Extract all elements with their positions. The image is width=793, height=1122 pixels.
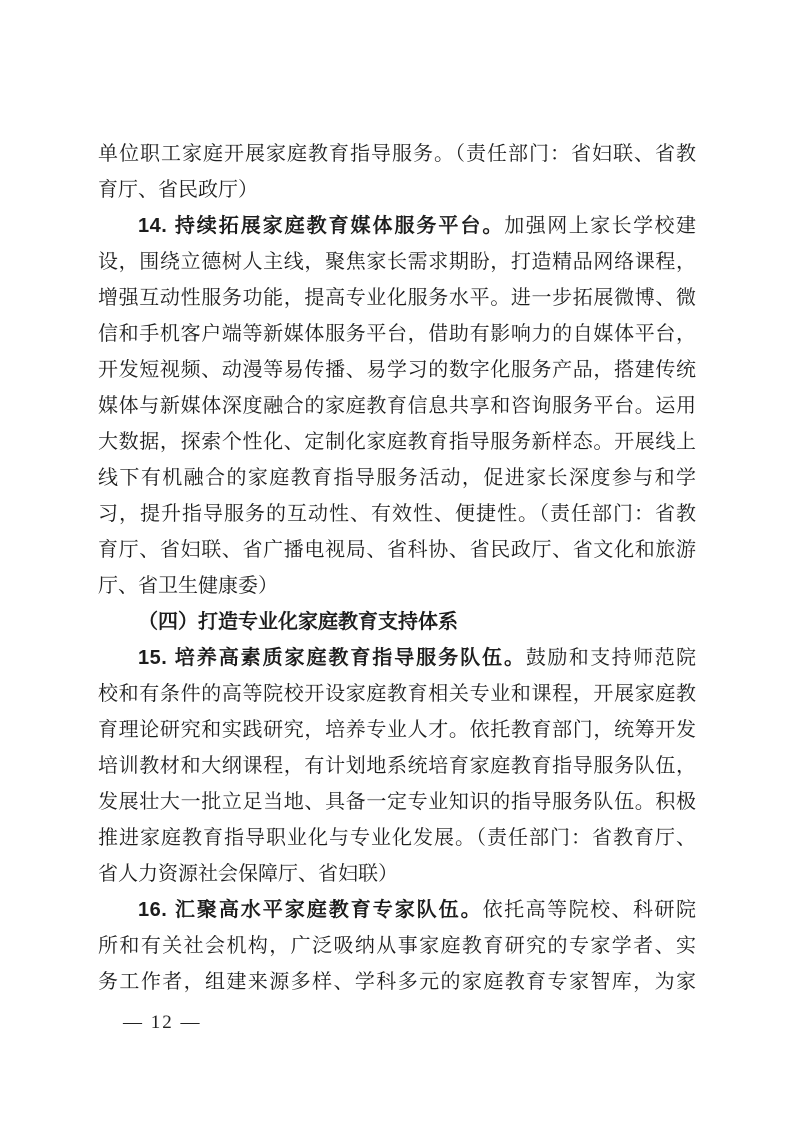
text-run: （四）打造专业化家庭教育支持体系: [138, 611, 458, 633]
text-run: 大数据，探索个性化、定制化家庭教育指导服务新样态。开展线上: [98, 431, 696, 453]
text-run: 鼓励和支持师范院: [526, 647, 696, 669]
text-line: 线下有机融合的家庭教育指导服务活动，促进家长深度参与和学: [98, 460, 696, 496]
text-line: 校和有条件的高等院校开设家庭教育相关专业和课程，开展家庭教: [98, 676, 696, 712]
text-run: 推进家庭教育指导职业化与专业化发展。（责任部门：省教育厅、: [98, 827, 696, 849]
text-line: 信和手机客户端等新媒体服务平台，借助有影响力的自媒体平台，: [98, 316, 696, 352]
text-line: 省人力资源社会保障厅、省妇联）: [98, 856, 696, 892]
text-run: 设，围绕立德树人主线，聚焦家长需求期盼，打造精品网络课程，: [98, 251, 696, 273]
text-run: 育理论研究和实践研究，培养专业人才。依托教育部门，统筹开发: [98, 719, 696, 741]
text-run: 习，提升指导服务的互动性、有效性、便捷性。（责任部门：省教: [98, 503, 696, 525]
text-line: 习，提升指导服务的互动性、有效性、便捷性。（责任部门：省教: [98, 496, 696, 532]
text-run: 育厅、省妇联、省广播电视局、省科协、省民政厅、省文化和旅游: [98, 539, 696, 561]
text-line: 所和有关社会机构，广泛吸纳从事家庭教育研究的专家学者、实: [98, 928, 696, 964]
text-line: 育理论研究和实践研究，培养专业人才。依托教育部门，统筹开发: [98, 712, 696, 748]
text-run: 加强网上家长学校建: [504, 215, 696, 237]
text-run: 培训教材和大纲课程，有计划地系统培育家庭教育指导服务队伍，: [98, 755, 696, 777]
text-line: （四）打造专业化家庭教育支持体系: [98, 604, 696, 640]
document-body: 单位职工家庭开展家庭教育指导服务。（责任部门：省妇联、省教育厅、省民政厅）14.…: [98, 136, 696, 1000]
text-line: 培训教材和大纲课程，有计划地系统培育家庭教育指导服务队伍，: [98, 748, 696, 784]
bold-lead-run: 15. 培养高素质家庭教育指导服务队伍。: [138, 647, 526, 669]
text-run: 增强互动性服务功能，提高专业化服务水平。进一步拓展微博、微: [98, 287, 696, 309]
page-number: — 12 —: [123, 1010, 202, 1036]
text-run: 开发短视频、动漫等易传播、易学习的数字化服务产品，搭建传统: [98, 359, 696, 381]
document-page: 单位职工家庭开展家庭教育指导服务。（责任部门：省妇联、省教育厅、省民政厅）14.…: [0, 0, 793, 1122]
text-run: 育厅、省民政厅）: [98, 179, 258, 201]
text-line: 推进家庭教育指导职业化与专业化发展。（责任部门：省教育厅、: [98, 820, 696, 856]
text-line: 发展壮大一批立足当地、具备一定专业知识的指导服务队伍。积极: [98, 784, 696, 820]
text-line: 增强互动性服务功能，提高专业化服务水平。进一步拓展微博、微: [98, 280, 696, 316]
text-run: 厅、省卫生健康委）: [98, 575, 278, 597]
text-line: 媒体与新媒体深度融合的家庭教育信息共享和咨询服务平台。运用: [98, 388, 696, 424]
text-line: 育厅、省妇联、省广播电视局、省科协、省民政厅、省文化和旅游: [98, 532, 696, 568]
para-item-16: 16. 汇聚高水平家庭教育专家队伍。依托高等院校、科研院所和有关社会机构，广泛吸…: [98, 892, 696, 1000]
heading-section-4: （四）打造专业化家庭教育支持体系: [98, 604, 696, 640]
text-run: 务工作者，组建来源多样、学科多元的家庭教育专家智库，为家: [98, 971, 696, 993]
text-line: 14. 持续拓展家庭教育媒体服务平台。加强网上家长学校建: [98, 208, 696, 244]
text-line: 16. 汇聚高水平家庭教育专家队伍。依托高等院校、科研院: [98, 892, 696, 928]
text-line: 育厅、省民政厅）: [98, 172, 696, 208]
text-line: 开发短视频、动漫等易传播、易学习的数字化服务产品，搭建传统: [98, 352, 696, 388]
text-run: 依托高等院校、科研院: [483, 899, 696, 921]
text-run: 所和有关社会机构，广泛吸纳从事家庭教育研究的专家学者、实: [98, 935, 696, 957]
text-line: 务工作者，组建来源多样、学科多元的家庭教育专家智库，为家: [98, 964, 696, 1000]
text-run: 信和手机客户端等新媒体服务平台，借助有影响力的自媒体平台，: [98, 323, 696, 345]
text-line: 大数据，探索个性化、定制化家庭教育指导服务新样态。开展线上: [98, 424, 696, 460]
text-run: 校和有条件的高等院校开设家庭教育相关专业和课程，开展家庭教: [98, 683, 696, 705]
text-run: 单位职工家庭开展家庭教育指导服务。（责任部门：省妇联、省教: [98, 143, 696, 165]
text-run: 发展壮大一批立足当地、具备一定专业知识的指导服务队伍。积极: [98, 791, 696, 813]
text-run: 媒体与新媒体深度融合的家庭教育信息共享和咨询服务平台。运用: [98, 395, 696, 417]
text-line: 设，围绕立德树人主线，聚焦家长需求期盼，打造精品网络课程，: [98, 244, 696, 280]
bold-lead-run: 14. 持续拓展家庭教育媒体服务平台。: [138, 215, 504, 237]
bold-lead-run: 16. 汇聚高水平家庭教育专家队伍。: [138, 899, 483, 921]
para-item-15: 15. 培养高素质家庭教育指导服务队伍。鼓励和支持师范院校和有条件的高等院校开设…: [98, 640, 696, 892]
text-line: 单位职工家庭开展家庭教育指导服务。（责任部门：省妇联、省教: [98, 136, 696, 172]
text-run: 线下有机融合的家庭教育指导服务活动，促进家长深度参与和学: [98, 467, 696, 489]
para-item-14: 14. 持续拓展家庭教育媒体服务平台。加强网上家长学校建设，围绕立德树人主线，聚…: [98, 208, 696, 604]
text-line: 厅、省卫生健康委）: [98, 568, 696, 604]
para-continued-item-13: 单位职工家庭开展家庭教育指导服务。（责任部门：省妇联、省教育厅、省民政厅）: [98, 136, 696, 208]
text-run: 省人力资源社会保障厅、省妇联）: [98, 863, 398, 885]
text-line: 15. 培养高素质家庭教育指导服务队伍。鼓励和支持师范院: [98, 640, 696, 676]
